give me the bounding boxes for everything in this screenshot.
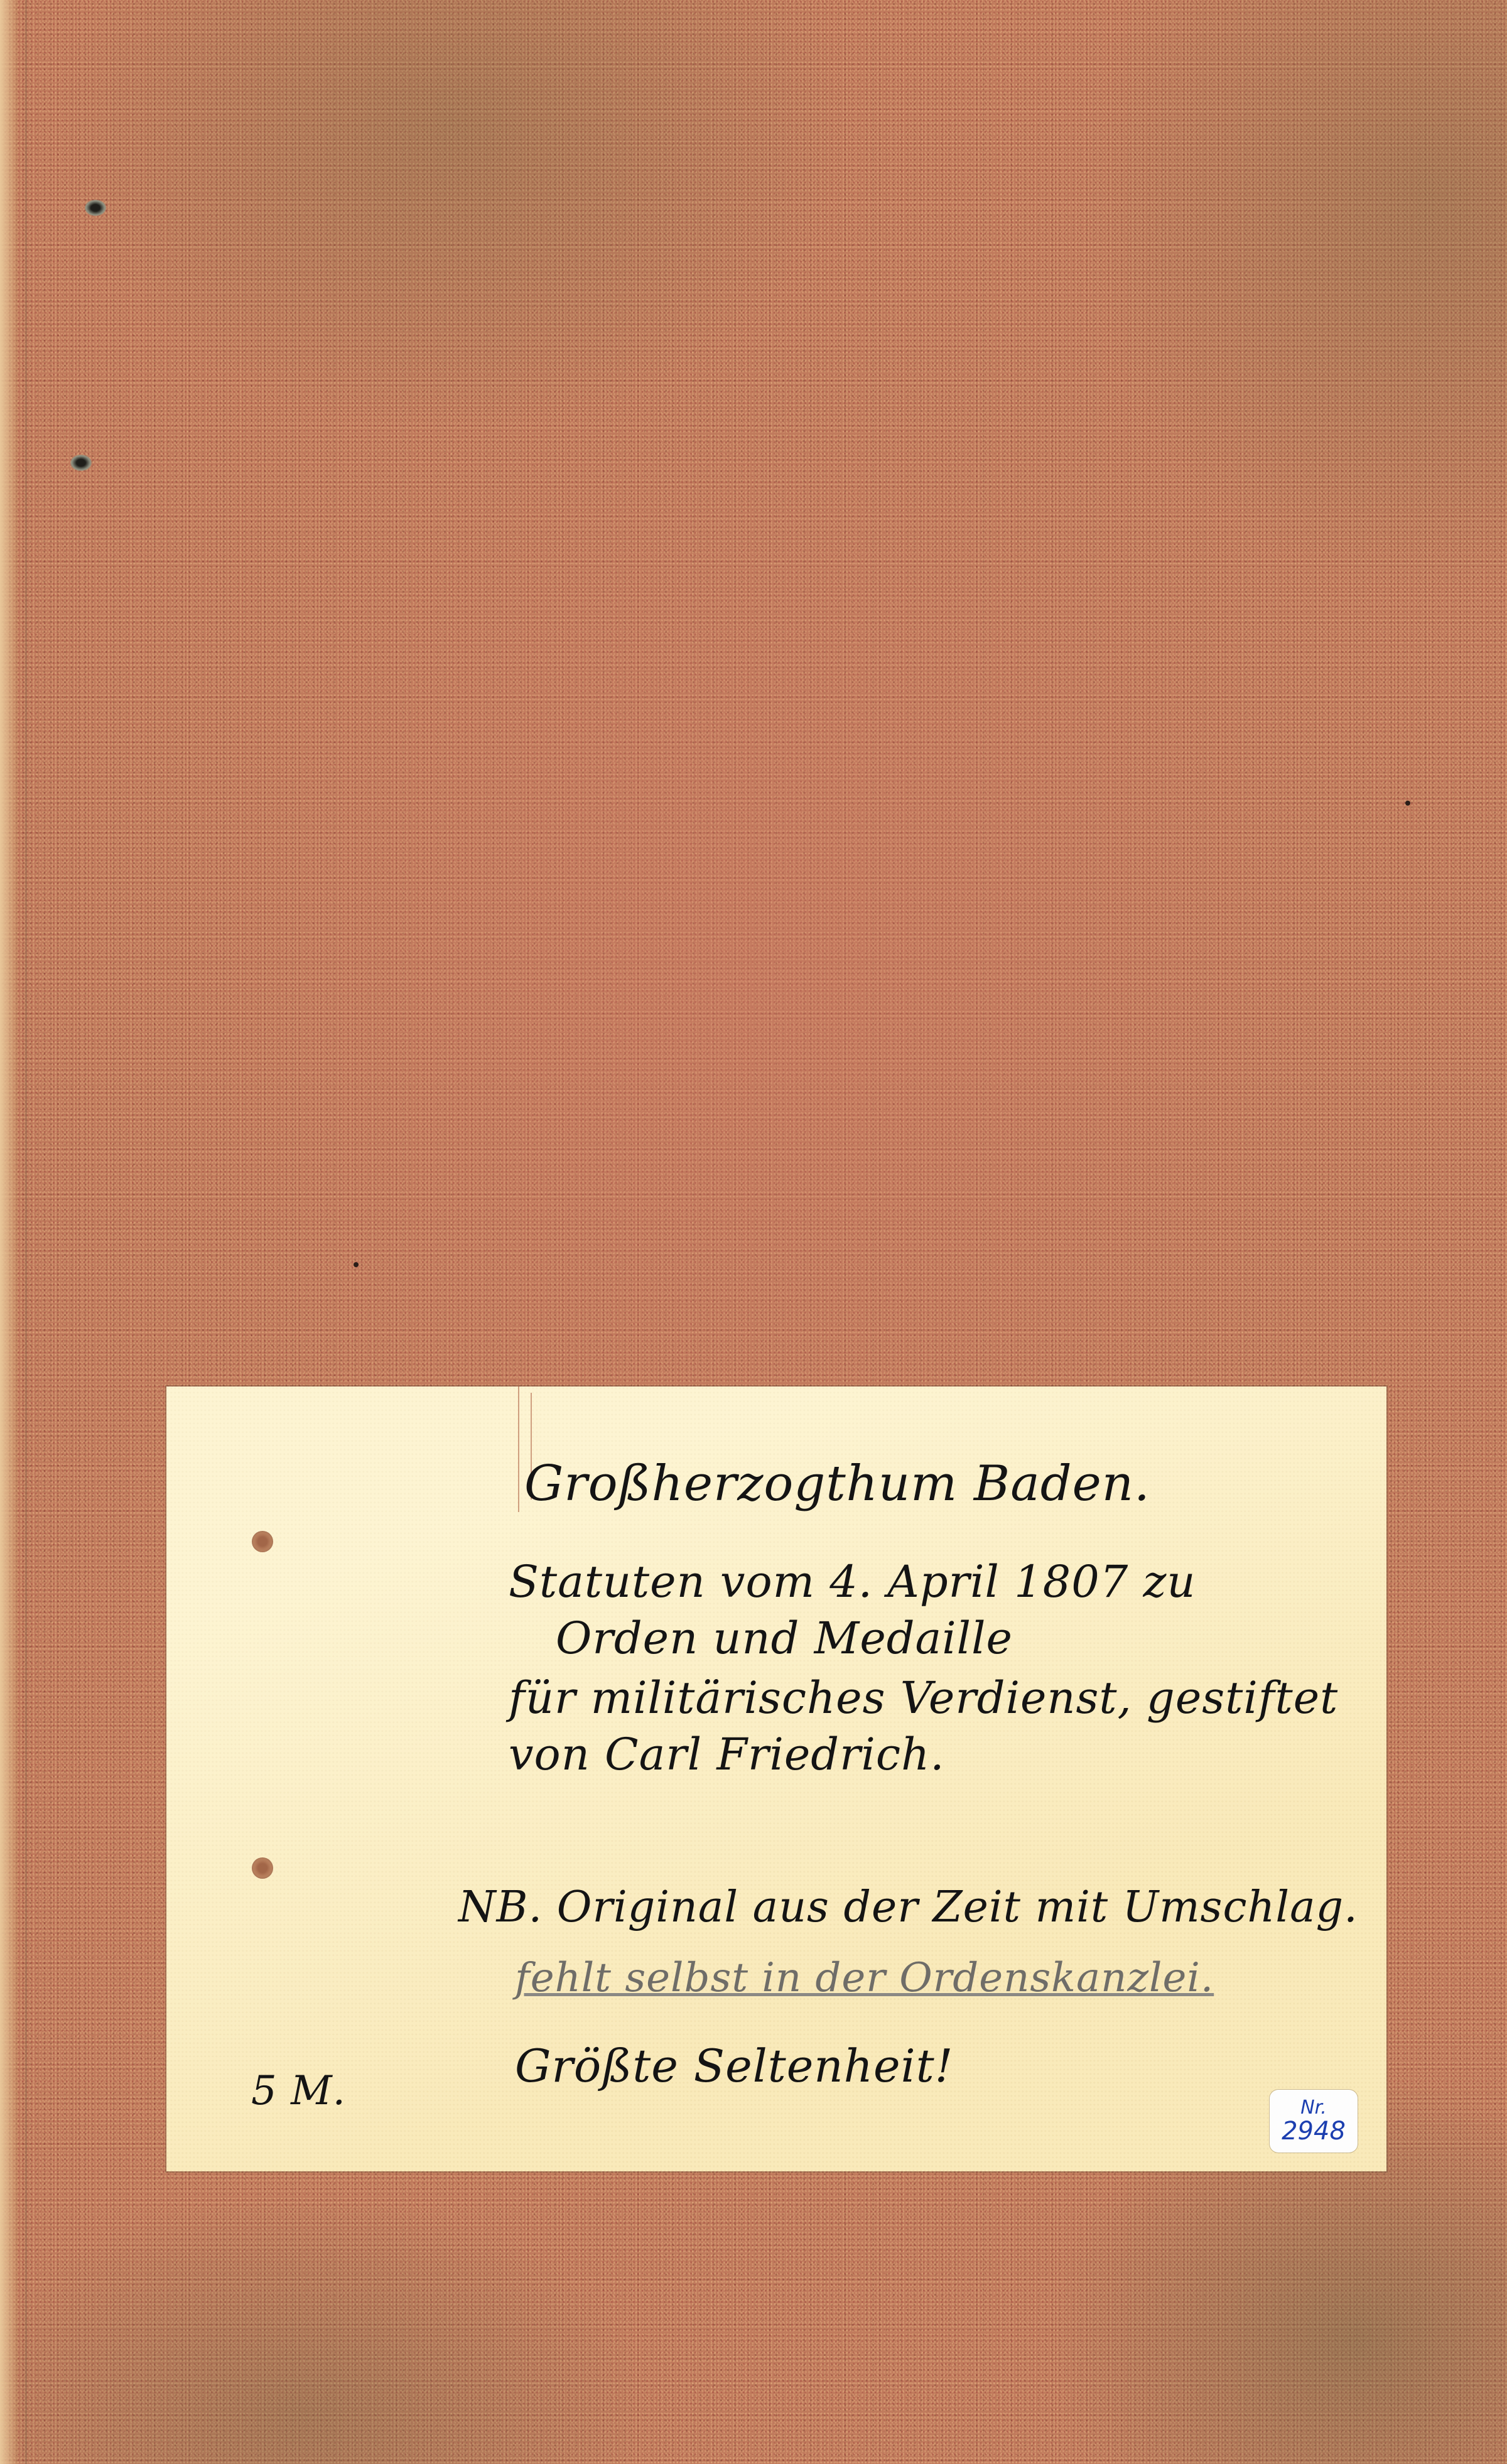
- binding-hole-top: [85, 200, 106, 216]
- label-title: Großherzogthum Baden.: [524, 1456, 1150, 1512]
- label-line-order: Orden und Medaille: [556, 1613, 1013, 1664]
- punch-hole-bottom: [252, 1857, 273, 1879]
- dust-speck: [1405, 801, 1410, 806]
- binding-hole-bottom: [70, 455, 92, 471]
- label-line-statutes: Statuten vom 4. April 1807 zu: [509, 1556, 1196, 1608]
- punch-hole-top: [252, 1531, 273, 1552]
- handwritten-label-card: Großherzogthum Baden. Statuten vom 4. Ap…: [166, 1386, 1386, 2171]
- label-rarity-note: Größte Seltenheit!: [515, 2040, 954, 2092]
- inventory-number: 2948: [1282, 2118, 1346, 2144]
- dust-speck: [354, 1262, 359, 1267]
- card-crease-mark: [518, 1386, 519, 1512]
- inventory-number-sticker: Nr. 2948: [1270, 2090, 1358, 2153]
- label-pencil-note: fehlt selbst in der Ordenskanzlei.: [515, 1955, 1214, 2001]
- label-price: 5 M.: [251, 2068, 346, 2114]
- label-line-founder: von Carl Friedrich.: [509, 1729, 944, 1780]
- label-line-merit: für militärisches Verdienst, gestiftet: [509, 1672, 1338, 1724]
- inventory-prefix: Nr.: [1300, 2098, 1327, 2118]
- label-nb-note: NB. Original aus der Zeit mit Umschlag.: [458, 1883, 1358, 1932]
- cover-fold-line: [25, 0, 27, 2464]
- cover-spine-edge: [0, 0, 18, 2464]
